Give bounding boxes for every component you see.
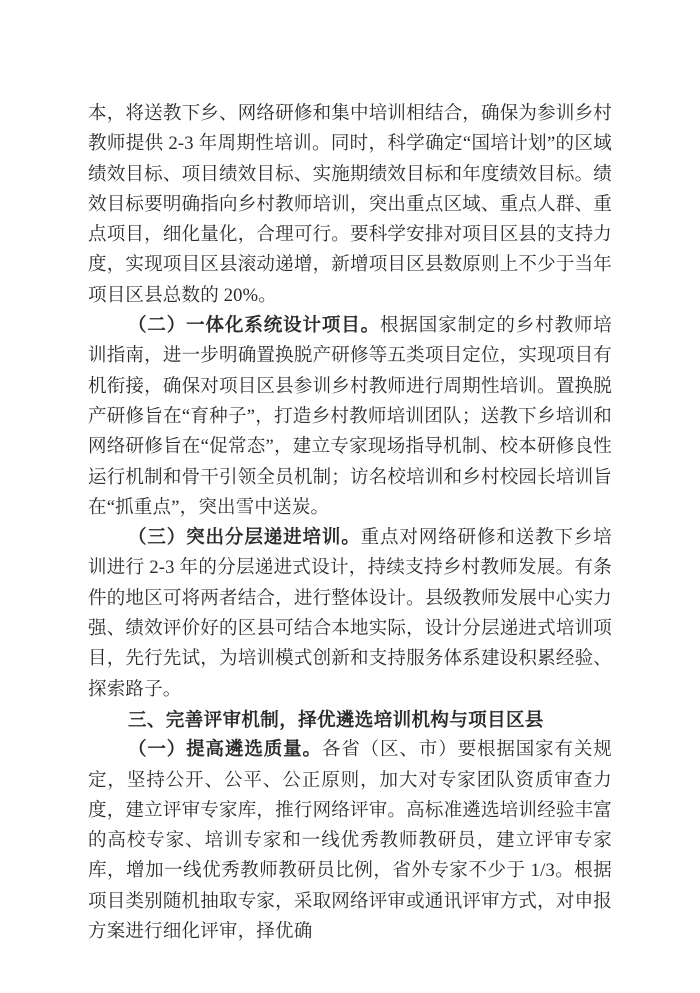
- section-heading-text: 三、完善评审机制，择优遴选培训机构与项目区县: [128, 709, 544, 730]
- section-heading: 三、完善评审机制，择优遴选培训机构与项目区县: [88, 705, 612, 735]
- document-text-block: 本，将送教下乡、网络研修和集中培训相结合，确保为参训乡村教师提供 2-3 年周期…: [88, 99, 612, 947]
- paragraph: （三）突出分层递进培训。重点对网络研修和送教下乡培训进行 2-3 年的分层递进式…: [88, 523, 612, 705]
- paragraph: 本，将送教下乡、网络研修和集中培训相结合，确保为参训乡村教师提供 2-3 年周期…: [88, 99, 612, 311]
- paragraph: （一）提高遴选质量。各省（区、市）要根据国家有关规定，坚持公开、公平、公正原则，…: [88, 735, 612, 947]
- paragraph-lead-label: （三）突出分层递进培训。: [128, 528, 361, 548]
- paragraph-text: 重点对网络研修和送教下乡培训进行 2-3 年的分层递进式设计，持续支持乡村教师发…: [88, 528, 612, 699]
- paragraph-text: 根据国家制定的乡村教师培训指南，进一步明确置换脱产研修等五类项目定位，实现项目有…: [88, 316, 612, 518]
- paragraph-text: 各省（区、市）要根据国家有关规定，坚持公开、公平、公正原则，加大对专家团队资质审…: [88, 740, 612, 942]
- paragraph: （二）一体化系统设计项目。根据国家制定的乡村教师培训指南，进一步明确置换脱产研修…: [88, 311, 612, 523]
- paragraph-text: 本，将送教下乡、网络研修和集中培训相结合，确保为参训乡村教师提供 2-3 年周期…: [88, 104, 612, 306]
- paragraph-lead-label: （二）一体化系统设计项目。: [128, 316, 380, 336]
- paragraph-lead-label: （一）提高遴选质量。: [128, 740, 322, 760]
- document-page: 本，将送教下乡、网络研修和集中培训相结合，确保为参训乡村教师提供 2-3 年周期…: [0, 0, 700, 993]
